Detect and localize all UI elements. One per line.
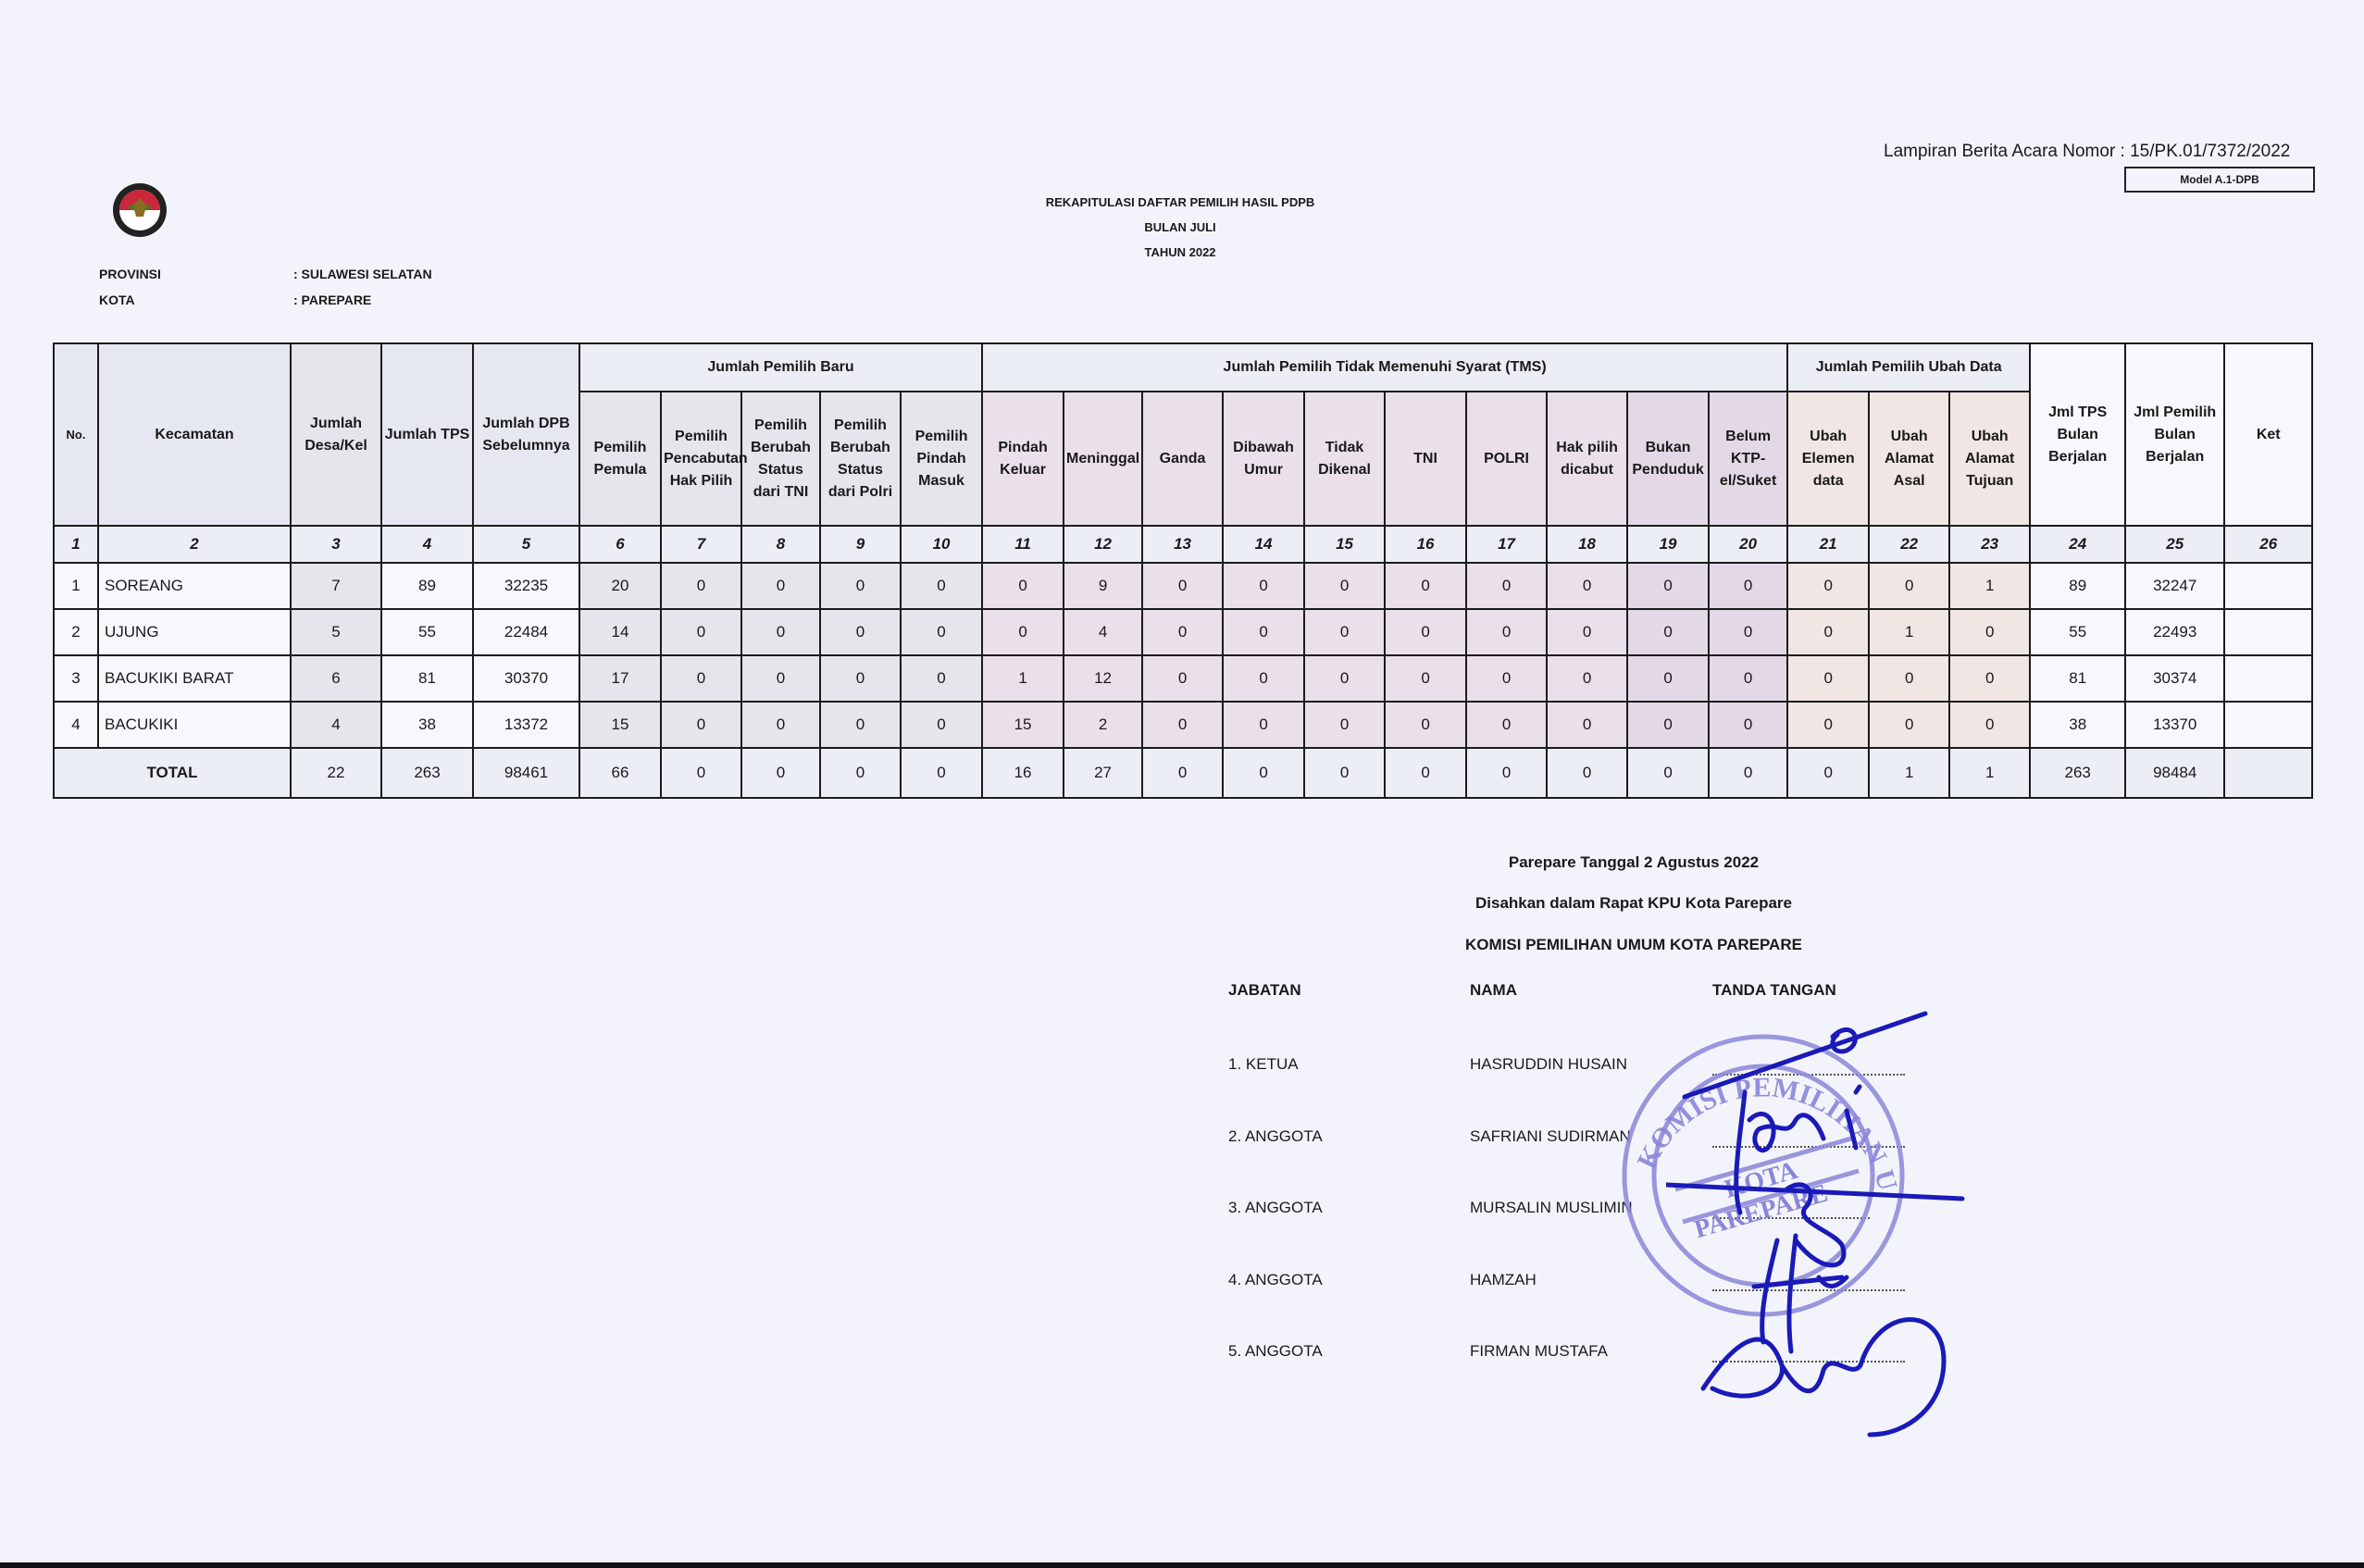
column-number: 16: [1385, 526, 1466, 563]
table-cell: 0: [1627, 563, 1709, 609]
table-cell: 0: [741, 702, 820, 748]
column-number: 3: [291, 526, 381, 563]
ket-cell: [2224, 563, 2312, 609]
header-ubah-alamat-tujuan: Ubah Alamat Tujuan: [1949, 392, 2030, 526]
table-cell: 0: [1709, 563, 1787, 609]
total-row: TOTAL22263984616600001627000000000112639…: [54, 748, 2312, 798]
header-tms-pindah-keluar: Pindah Keluar: [982, 392, 1064, 526]
table-row: 4BACUKIKI4381337215000015200000000000381…: [54, 702, 2312, 748]
table-cell: 0: [1787, 702, 1869, 748]
header-baru-polri: Pemilih Berubah Status dari Polri: [820, 392, 901, 526]
total-cell: 263: [2030, 748, 2125, 798]
table-cell: 0: [1869, 655, 1949, 702]
title-line-1: REKAPITULASI DAFTAR PEMILIH HASIL PDPB: [926, 190, 1435, 215]
table-cell: 0: [1709, 702, 1787, 748]
table-cell: 14: [579, 609, 661, 655]
model-badge: Model A.1-DPB: [2124, 167, 2315, 193]
total-cell: 0: [820, 748, 901, 798]
table-cell: 0: [1709, 609, 1787, 655]
table-cell: 0: [820, 563, 901, 609]
table-cell: 2: [1064, 702, 1142, 748]
total-cell: 0: [1787, 748, 1869, 798]
table-cell: 0: [1869, 563, 1949, 609]
table-cell: 0: [1223, 563, 1304, 609]
table-cell: 22484: [473, 609, 579, 655]
header-tms-bukan-penduduk: Bukan Penduduk: [1627, 392, 1709, 526]
total-cell: 0: [901, 748, 982, 798]
table-cell: 9: [1064, 563, 1142, 609]
total-cell: 263: [381, 748, 473, 798]
column-number: 21: [1787, 526, 1869, 563]
table-cell: 0: [901, 702, 982, 748]
table-cell: 0: [1466, 655, 1547, 702]
header-ubah-elemen: Ubah Elemen data: [1787, 392, 1869, 526]
member-jabatan: 5. ANGGOTA: [1228, 1342, 1323, 1361]
table-cell: 0: [901, 655, 982, 702]
row-number: 4: [54, 702, 98, 748]
row-number: 1: [54, 563, 98, 609]
column-number: 19: [1627, 526, 1709, 563]
table-cell: 0: [1385, 609, 1466, 655]
table-cell: 89: [381, 563, 473, 609]
header-tps-berjalan: Jml TPS Bulan Berjalan: [2030, 343, 2125, 526]
table-cell: 0: [661, 609, 741, 655]
kecamatan-name: BACUKIKI BARAT: [98, 655, 291, 702]
member-nama: SAFRIANI SUDIRMAN: [1470, 1127, 1631, 1146]
table-cell: 0: [901, 609, 982, 655]
table-cell: 89: [2030, 563, 2125, 609]
column-number: 25: [2125, 526, 2224, 563]
column-number: 23: [1949, 526, 2030, 563]
table-cell: 13372: [473, 702, 579, 748]
member-nama: MURSALIN MUSLIMIN: [1470, 1199, 1633, 1217]
kecamatan-name: BACUKIKI: [98, 702, 291, 748]
table-cell: 0: [1709, 655, 1787, 702]
table-cell: 0: [1223, 609, 1304, 655]
kota-label: KOTA: [99, 292, 293, 307]
total-cell: 66: [579, 748, 661, 798]
table-cell: 0: [1223, 655, 1304, 702]
table-cell: 0: [1466, 563, 1547, 609]
table-cell: 17: [579, 655, 661, 702]
total-label: TOTAL: [54, 748, 291, 798]
provinsi-value: : SULAWESI SELATAN: [293, 267, 432, 281]
header-tms-hak-pilih-dicabut: Hak pilih dicabut: [1547, 392, 1627, 526]
table-cell: 4: [1064, 609, 1142, 655]
header-tms-meninggal: Meninggal: [1064, 392, 1142, 526]
column-number: 22: [1869, 526, 1949, 563]
column-number: 26: [2224, 526, 2312, 563]
table-cell: 0: [1385, 563, 1466, 609]
table-cell: 15: [982, 702, 1064, 748]
header-group-ubah: Jumlah Pemilih Ubah Data: [1787, 343, 2030, 392]
table-body: 1234567891011121314151617181920212223242…: [54, 526, 2312, 798]
header-kecamatan: Kecamatan: [98, 343, 291, 526]
table-cell: 1: [1869, 609, 1949, 655]
table-cell: 15: [579, 702, 661, 748]
table-cell: 0: [1466, 609, 1547, 655]
provinsi-row: PROVINSI: SULAWESI SELATAN: [99, 267, 432, 281]
header-dpb: Jumlah DPB Sebelumnya: [473, 343, 579, 526]
table-cell: 0: [741, 655, 820, 702]
column-number: 18: [1547, 526, 1627, 563]
total-ket-cell: [2224, 748, 2312, 798]
table-cell: 5: [291, 609, 381, 655]
column-number: 6: [579, 526, 661, 563]
table-cell: 0: [820, 609, 901, 655]
kecamatan-name: SOREANG: [98, 563, 291, 609]
header-group-baru: Jumlah Pemilih Baru: [579, 343, 982, 392]
total-cell: 0: [1223, 748, 1304, 798]
table-cell: 0: [1142, 609, 1223, 655]
lampiran-number: Lampiran Berita Acara Nomor : 15/PK.01/7…: [1884, 142, 2290, 162]
table-cell: 32235: [473, 563, 579, 609]
total-cell: 0: [1466, 748, 1547, 798]
ket-cell: [2224, 655, 2312, 702]
total-cell: 0: [1385, 748, 1466, 798]
table-cell: 0: [661, 655, 741, 702]
table-cell: 0: [1869, 702, 1949, 748]
header-group-tms: Jumlah Pemilih Tidak Memenuhi Syarat (TM…: [982, 343, 1787, 392]
column-number: 8: [741, 526, 820, 563]
total-cell: 0: [1547, 748, 1627, 798]
row-number: 2: [54, 609, 98, 655]
column-number: 14: [1223, 526, 1304, 563]
member-nama: HASRUDDIN HUSAIN: [1470, 1055, 1627, 1074]
approval-text: Disahkan dalam Rapat KPU Kota Parepare: [1342, 894, 1925, 913]
col-tanda-tangan: TANDA TANGAN: [1712, 981, 1836, 1000]
total-cell: 1: [1869, 748, 1949, 798]
table-cell: 38: [381, 702, 473, 748]
column-number: 9: [820, 526, 901, 563]
table-cell: 81: [381, 655, 473, 702]
column-number: 2: [98, 526, 291, 563]
header-desa: Jumlah Desa/Kel: [291, 343, 381, 526]
kpu-logo-icon: [111, 181, 168, 239]
table-cell: 38: [2030, 702, 2125, 748]
title-line-2: BULAN JULI: [926, 215, 1435, 240]
table-cell: 13370: [2125, 702, 2224, 748]
table-cell: 0: [1949, 609, 2030, 655]
total-cell: 0: [741, 748, 820, 798]
member-nama: HAMZAH: [1470, 1271, 1537, 1289]
column-number: 12: [1064, 526, 1142, 563]
header-baru-pindah-masuk: Pemilih Pindah Masuk: [901, 392, 982, 526]
column-number: 20: [1709, 526, 1787, 563]
signatures-icon: [1666, 1000, 1990, 1444]
table-cell: 0: [741, 609, 820, 655]
table-cell: 0: [1787, 563, 1869, 609]
table-cell: 0: [1787, 609, 1869, 655]
total-cell: 0: [1709, 748, 1787, 798]
table-cell: 4: [291, 702, 381, 748]
header-pemilih-berjalan: Jml Pemilih Bulan Berjalan: [2125, 343, 2224, 526]
member-nama: FIRMAN MUSTAFA: [1470, 1342, 1608, 1361]
member-jabatan: 4. ANGGOTA: [1228, 1271, 1323, 1289]
header-tms-tni: TNI: [1385, 392, 1466, 526]
header-baru-pencabutan: Pemilih Pencabutan Hak Pilih: [661, 392, 741, 526]
table-cell: 0: [1304, 702, 1385, 748]
member-jabatan: 2. ANGGOTA: [1228, 1127, 1323, 1146]
header-tms-belum-ktp: Belum KTP-el/Suket: [1709, 392, 1787, 526]
ket-cell: [2224, 702, 2312, 748]
row-number: 3: [54, 655, 98, 702]
column-number: 5: [473, 526, 579, 563]
table-cell: 0: [1304, 563, 1385, 609]
total-cell: 22: [291, 748, 381, 798]
table-cell: 0: [1547, 609, 1627, 655]
table-cell: 32247: [2125, 563, 2224, 609]
table-cell: 0: [1627, 609, 1709, 655]
total-cell: 1: [1949, 748, 2030, 798]
table-cell: 0: [982, 563, 1064, 609]
table-cell: 12: [1064, 655, 1142, 702]
table-cell: 0: [1787, 655, 1869, 702]
column-number: 1: [54, 526, 98, 563]
table-cell: 1: [982, 655, 1064, 702]
table-cell: 7: [291, 563, 381, 609]
header-tms-dibawah-umur: Dibawah Umur: [1223, 392, 1304, 526]
table-cell: 0: [1142, 563, 1223, 609]
table-cell: 0: [1627, 655, 1709, 702]
column-number: 10: [901, 526, 982, 563]
kota-value: : PAREPARE: [293, 292, 371, 307]
table-cell: 0: [1385, 702, 1466, 748]
place-date: Parepare Tanggal 2 Agustus 2022: [1342, 853, 1925, 872]
header-ubah-alamat-asal: Ubah Alamat Asal: [1869, 392, 1949, 526]
table-cell: 0: [982, 609, 1064, 655]
table-cell: 0: [661, 563, 741, 609]
provinsi-label: PROVINSI: [99, 267, 293, 281]
table-cell: 0: [1142, 702, 1223, 748]
title-line-3: TAHUN 2022: [926, 240, 1435, 265]
header-baru-pemula: Pemilih Pemula: [579, 392, 661, 526]
total-cell: 16: [982, 748, 1064, 798]
total-cell: 0: [1142, 748, 1223, 798]
table-cell: 0: [1949, 702, 2030, 748]
column-number: 7: [661, 526, 741, 563]
table-row: 3BACUKIKI BARAT6813037017000011200000000…: [54, 655, 2312, 702]
header-tms-tidak-dikenal: Tidak Dikenal: [1304, 392, 1385, 526]
table-cell: 0: [661, 702, 741, 748]
table-cell: 0: [1949, 655, 2030, 702]
table-cell: 22493: [2125, 609, 2224, 655]
total-cell: 98484: [2125, 748, 2224, 798]
member-jabatan: 3. ANGGOTA: [1228, 1199, 1323, 1217]
table-cell: 55: [2030, 609, 2125, 655]
total-cell: 27: [1064, 748, 1142, 798]
table-cell: 30374: [2125, 655, 2224, 702]
total-cell: 98461: [473, 748, 579, 798]
total-cell: 0: [1627, 748, 1709, 798]
table-cell: 0: [1385, 655, 1466, 702]
total-cell: 0: [661, 748, 741, 798]
member-jabatan: 1. KETUA: [1228, 1055, 1299, 1074]
header-ket: Ket: [2224, 343, 2312, 526]
table-cell: 20: [579, 563, 661, 609]
table-cell: 0: [1627, 702, 1709, 748]
total-cell: 0: [1304, 748, 1385, 798]
header-tms-ganda: Ganda: [1142, 392, 1223, 526]
ket-cell: [2224, 609, 2312, 655]
column-number: 4: [381, 526, 473, 563]
table-cell: 6: [291, 655, 381, 702]
header-baru-tni: Pemilih Berubah Status dari TNI: [741, 392, 820, 526]
table-cell: 0: [1223, 702, 1304, 748]
table-cell: 0: [820, 655, 901, 702]
rekapitulasi-table: No. Kecamatan Jumlah Desa/Kel Jumlah TPS…: [53, 342, 2313, 799]
table-cell: 0: [1547, 702, 1627, 748]
table-cell: 0: [820, 702, 901, 748]
column-number: 15: [1304, 526, 1385, 563]
kota-row: KOTA: PAREPARE: [99, 292, 371, 307]
table-cell: 0: [1304, 655, 1385, 702]
table-cell: 0: [1547, 655, 1627, 702]
document-title: REKAPITULASI DAFTAR PEMILIH HASIL PDPB B…: [926, 190, 1435, 265]
table-cell: 0: [1142, 655, 1223, 702]
table-cell: 0: [741, 563, 820, 609]
table-cell: 1: [1949, 563, 2030, 609]
header-tps: Jumlah TPS: [381, 343, 473, 526]
header-tms-polri: POLRI: [1466, 392, 1547, 526]
table-cell: 30370: [473, 655, 579, 702]
table-cell: 81: [2030, 655, 2125, 702]
column-number: 11: [982, 526, 1064, 563]
header-no: No.: [54, 343, 98, 526]
col-jabatan: JABATAN: [1228, 981, 1301, 1000]
institution-name: KOMISI PEMILIHAN UMUM KOTA PAREPARE: [1342, 936, 1925, 954]
column-number: 17: [1466, 526, 1547, 563]
table-row: 1SOREANG78932235200000090000000000189322…: [54, 563, 2312, 609]
table-cell: 0: [1304, 609, 1385, 655]
table-cell: 55: [381, 609, 473, 655]
table-cell: 0: [1547, 563, 1627, 609]
column-number: 13: [1142, 526, 1223, 563]
column-number: 24: [2030, 526, 2125, 563]
column-number-row: 1234567891011121314151617181920212223242…: [54, 526, 2312, 563]
col-nama: NAMA: [1470, 981, 1517, 1000]
table-cell: 0: [901, 563, 982, 609]
page-bottom-edge: [0, 1562, 2364, 1568]
table-cell: 0: [1466, 702, 1547, 748]
table-row: 2UJUNG5552248414000004000000000105522493: [54, 609, 2312, 655]
kecamatan-name: UJUNG: [98, 609, 291, 655]
